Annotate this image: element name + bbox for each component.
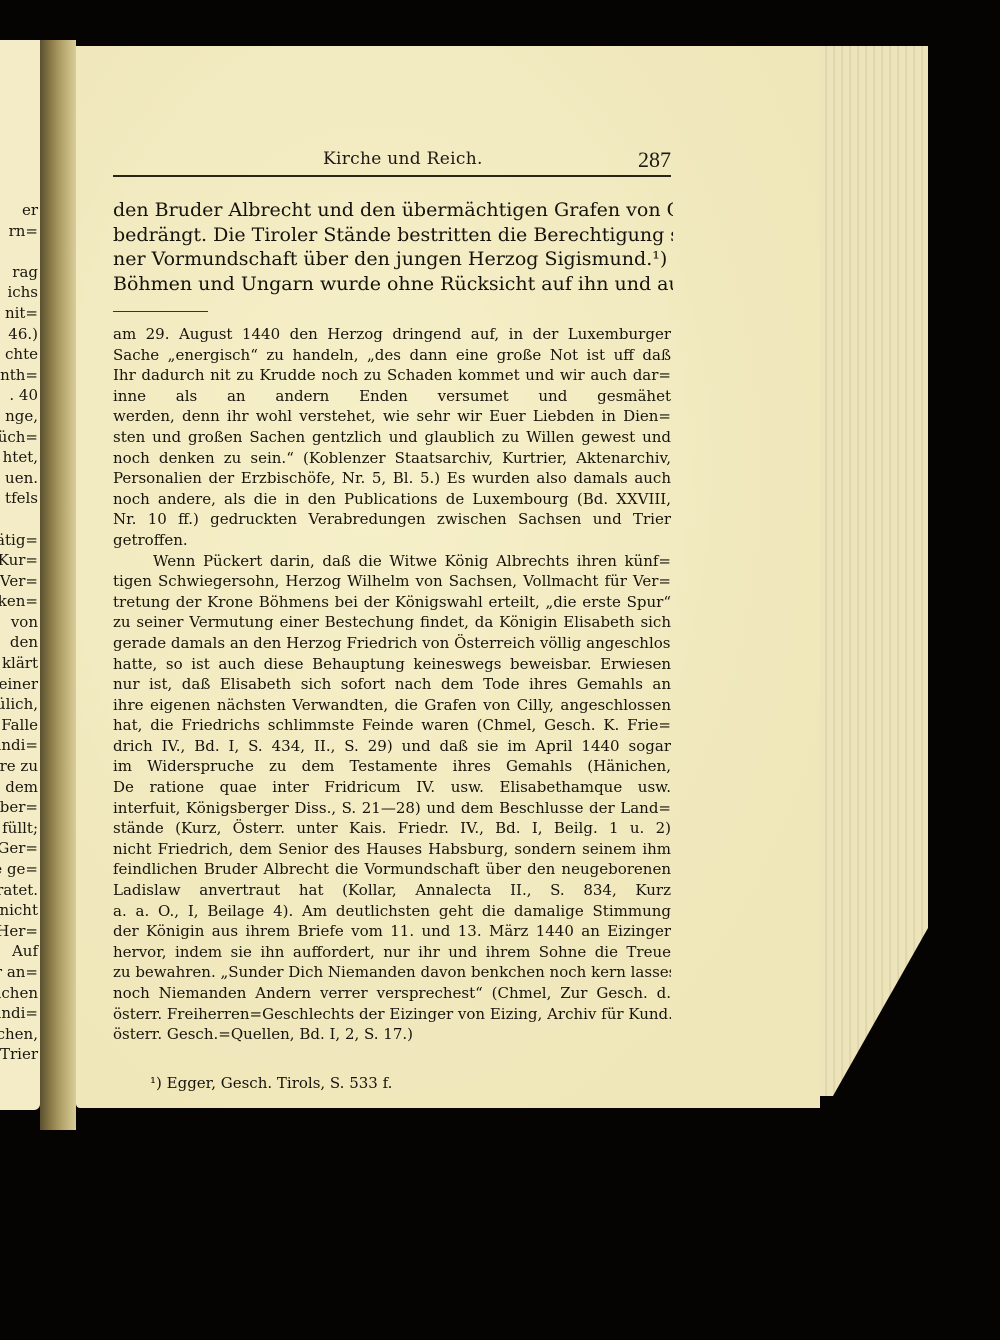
left-page-line (0, 509, 38, 530)
left-page-line: re zu (0, 756, 38, 777)
left-page-line: ur an= (0, 962, 38, 983)
left-page-line: nit= (0, 303, 38, 324)
note-line: zu seiner Vermutung einer Bestechung fin… (113, 612, 671, 633)
body-line: ner Vormundschaft über den jungen Herzog… (113, 247, 673, 272)
body-line: bedrängt. Die Tiroler Stände bestritten … (113, 223, 673, 248)
note-line: Wenn Pückert darin, daß die Witwe König … (113, 551, 671, 572)
note-line: gerade damals an den Herzog Friedrich vo… (113, 633, 671, 654)
note-line: noch andere, als die in den Publications… (113, 489, 671, 510)
left-page-line: Falle (0, 715, 38, 736)
left-page-line: uen. (0, 468, 38, 489)
note-line: hatte, so ist auch diese Behauptung kein… (113, 654, 671, 675)
note-line: am 29. August 1440 den Herzog dringend a… (113, 324, 671, 345)
page-header: Kirche und Reich. 287 (113, 147, 671, 177)
left-page-line: ätig= (0, 530, 38, 551)
note-line: Personalien der Erzbischöfe, Nr. 5, Bl. … (113, 468, 671, 489)
left-page-line: iratet. (0, 880, 38, 901)
note-line: sten und großen Sachen gentzlich und gla… (113, 427, 671, 448)
note-line: im Widerspruche zu dem Testamente ihres … (113, 756, 671, 777)
note-line: zu bewahren. „Sunder Dich Niemanden davo… (113, 962, 671, 983)
note-line: nur ist, daß Elisabeth sich sofort nach … (113, 674, 671, 695)
note-line: feindlichen Bruder Albrecht die Vormunds… (113, 859, 671, 880)
left-page-line: nicht (0, 900, 38, 921)
note-line: Ladislaw anvertraut hat (Kollar, Annalec… (113, 880, 671, 901)
book-gutter (40, 40, 76, 1130)
left-page-line: ülich, (0, 694, 38, 715)
left-page-line: über= (0, 797, 38, 818)
left-page-line: nth= (0, 365, 38, 386)
note-line: interfuit, Königsberger Diss., S. 21—28)… (113, 798, 671, 819)
running-head: Kirche und Reich. (323, 149, 483, 169)
left-page-line: ichs (0, 282, 38, 303)
note-line: nicht Friedrich, dem Senior des Hauses H… (113, 839, 671, 860)
left-page-line: tfels (0, 488, 38, 509)
left-page-line: dem (0, 777, 38, 798)
left-page-line: Her= (0, 921, 38, 942)
note-line: noch denken zu sein.“ (Koblenzer Staatsa… (113, 448, 671, 469)
left-page-line: Kandi= (0, 1003, 38, 1024)
left-page-line: andi= (0, 735, 38, 756)
notes-block-puckert: Wenn Pückert darin, daß die Witwe König … (113, 551, 671, 1045)
page-edges (820, 46, 928, 1096)
left-page-line: nken= (0, 591, 38, 612)
note-line: De ratione quae inter Fridricum IV. usw.… (113, 777, 671, 798)
left-page-line: er (0, 200, 38, 221)
notes-section: am 29. August 1440 den Herzog dringend a… (113, 324, 671, 1045)
left-page-fragment: errn=ragichsnit=46.)chtenth=. 40nge,üch=… (0, 40, 40, 1110)
left-page-line: Ver= (0, 571, 38, 592)
note-line: tigen Schwiegersohn, Herzog Wilhelm von … (113, 571, 671, 592)
note-line: getroffen. (113, 530, 671, 551)
left-page-line: Kur= (0, 550, 38, 571)
left-page-line: Auf (0, 941, 38, 962)
body-text: den Bruder Albrecht und den übermächtige… (113, 198, 673, 296)
note-line: a. a. O., I, Beilage 4). Am deutlichsten… (113, 901, 671, 922)
left-page-line: rochen, (0, 1024, 38, 1045)
left-page-line: elchen (0, 983, 38, 1004)
left-page-line: rn= (0, 221, 38, 242)
left-page-line: 46.) (0, 324, 38, 345)
note-line: noch Niemanden Andern verrer verspreches… (113, 983, 671, 1004)
note-line: hervor, indem sie ihn auffordert, nur ih… (113, 942, 671, 963)
note-line: Nr. 10 ff.) gedruckten Verabredungen zwi… (113, 509, 671, 530)
left-page-line: den (0, 632, 38, 653)
left-page-line: üch= (0, 427, 38, 448)
note-line: ihre eigenen nächsten Verwandten, die Gr… (113, 695, 671, 716)
note-line: österr. Freiherren=Geschlechts der Eizin… (113, 1004, 671, 1025)
note-line: österr. Gesch.=Quellen, Bd. I, 2, S. 17.… (113, 1024, 671, 1045)
left-page-line: nge, (0, 406, 38, 427)
left-page-line: Trier (0, 1044, 38, 1065)
note-line: Ihr dadurch nit zu Krudde noch zu Schade… (113, 365, 671, 386)
left-page-line-endings: errn=ragichsnit=46.)chtenth=. 40nge,üch=… (0, 200, 38, 1065)
footnote-marker: ¹) (150, 1074, 162, 1092)
notes-block-continuation: am 29. August 1440 den Herzog dringend a… (113, 324, 671, 551)
footnote-rule (113, 311, 208, 312)
page-number: 287 (638, 147, 671, 173)
note-line: hat, die Friedrichs schlimmste Feinde wa… (113, 715, 671, 736)
note-line: tretung der Krone Böhmens bei der Königs… (113, 592, 671, 613)
footnote-text: Egger, Gesch. Tirols, S. 533 f. (167, 1074, 393, 1092)
note-line: werden, denn ihr wohl verstehet, wie seh… (113, 406, 671, 427)
note-line: der Königin aus ihrem Briefe vom 11. und… (113, 921, 671, 942)
left-page-line: von (0, 612, 38, 633)
left-page-line: Ger= (0, 838, 38, 859)
left-page-line: chte (0, 344, 38, 365)
left-page-line: rag (0, 262, 38, 283)
footnote: ¹) Egger, Gesch. Tirols, S. 533 f. (150, 1074, 392, 1092)
left-page-line: be ge= (0, 859, 38, 880)
left-page-line: füllt; (0, 818, 38, 839)
body-line: den Bruder Albrecht und den übermächtige… (113, 198, 673, 223)
note-line: inne als an andern Enden versumet und ge… (113, 386, 671, 407)
note-line: Sache „energisch“ zu handeln, „des dann … (113, 345, 671, 366)
left-page-line: htet, (0, 447, 38, 468)
left-page-line: . 40 (0, 385, 38, 406)
note-line: drich IV., Bd. I, S. 434, II., S. 29) un… (113, 736, 671, 757)
left-page-line: einer (0, 674, 38, 695)
body-line: Böhmen und Ungarn wurde ohne Rücksicht a… (113, 272, 673, 297)
note-line: stände (Kurz, Österr. unter Kais. Friedr… (113, 818, 671, 839)
left-page-line (0, 241, 38, 262)
left-page-line: klärt (0, 653, 38, 674)
